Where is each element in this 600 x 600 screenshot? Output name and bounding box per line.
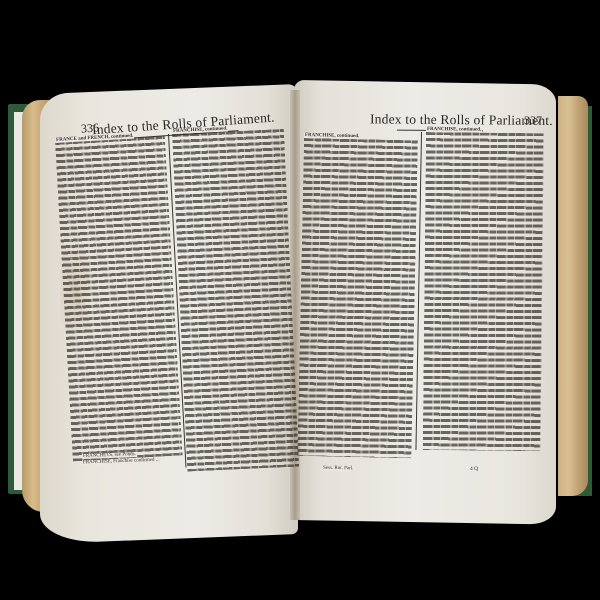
column-heading: FRANCHISE, continued. bbox=[426, 127, 482, 133]
signature-mark: 4 Q bbox=[470, 466, 478, 472]
footer-line: Sess. Rot. Parl. bbox=[322, 466, 355, 472]
text-column-4 bbox=[423, 132, 544, 451]
text-column-2 bbox=[172, 129, 299, 472]
open-book-photo: 336 Index to the Rolls of Parliament. In… bbox=[0, 0, 600, 600]
text-column-1 bbox=[55, 136, 183, 462]
page-block-edge-right bbox=[558, 96, 588, 496]
right-page-number: 337 bbox=[524, 113, 542, 128]
text-column-3 bbox=[297, 138, 418, 458]
